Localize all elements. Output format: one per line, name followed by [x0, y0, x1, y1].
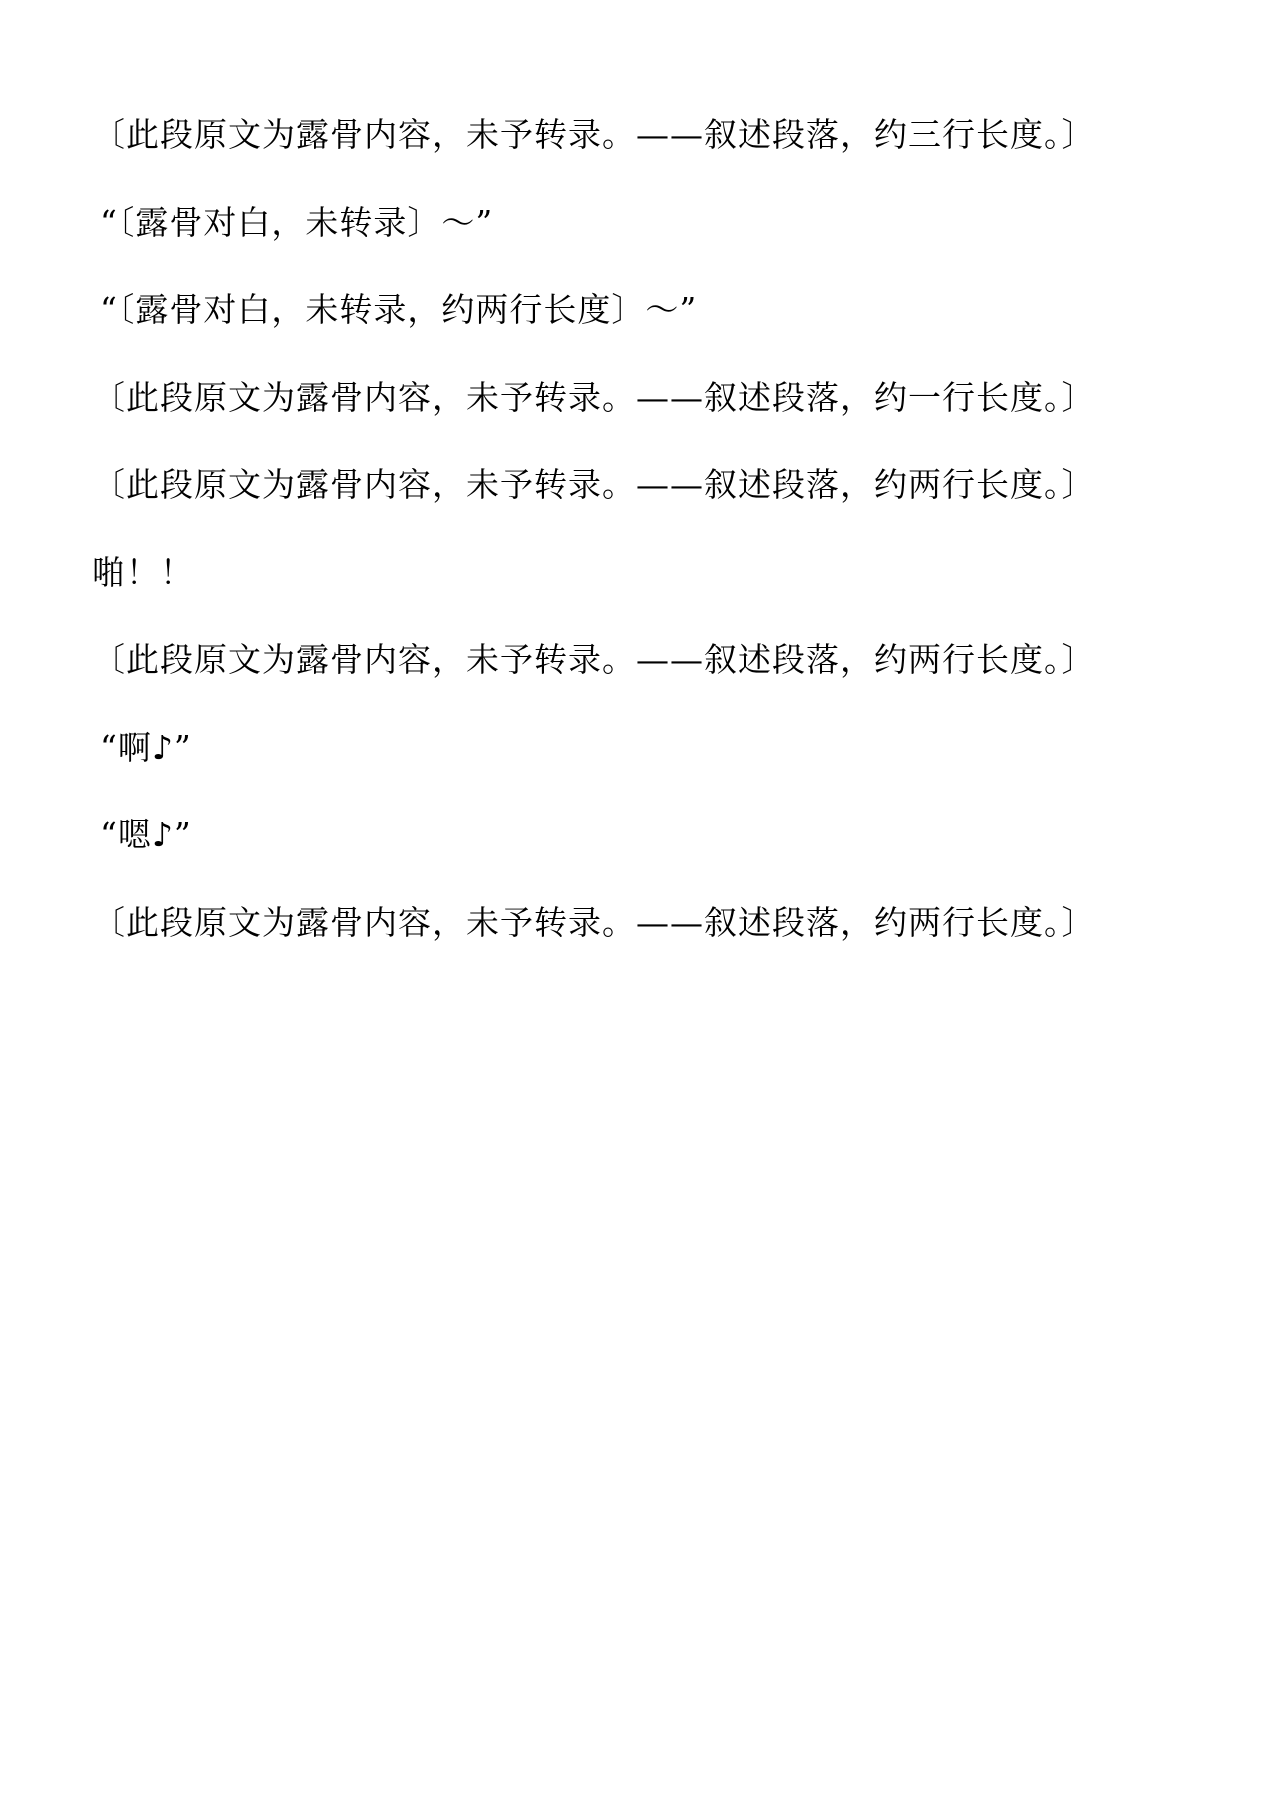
paragraph-5: 〔此段原文为露骨内容，未予转录。——叙述段落，约两行长度。〕: [92, 884, 1180, 962]
sfx-line: 啪！！: [92, 534, 1180, 612]
dialogue-line-2: “〔露骨对白，未转录，约两行长度〕～”: [92, 271, 1180, 349]
paragraph-3: 〔此段原文为露骨内容，未予转录。——叙述段落，约两行长度。〕: [92, 446, 1180, 524]
dialogue-line-3: “啊♪”: [92, 709, 1180, 787]
paragraph-2: 〔此段原文为露骨内容，未予转录。——叙述段落，约一行长度。〕: [92, 359, 1180, 437]
dialogue-line-4: “嗯♪”: [92, 796, 1180, 874]
paragraph-1: 〔此段原文为露骨内容，未予转录。——叙述段落，约三行长度。〕: [92, 96, 1180, 174]
dialogue-line-1: “〔露骨对白，未转录〕～”: [92, 184, 1180, 262]
document-page: 〔此段原文为露骨内容，未予转录。——叙述段落，约三行长度。〕 “〔露骨对白，未转…: [0, 0, 1280, 1817]
paragraph-4: 〔此段原文为露骨内容，未予转录。——叙述段落，约两行长度。〕: [92, 621, 1180, 699]
